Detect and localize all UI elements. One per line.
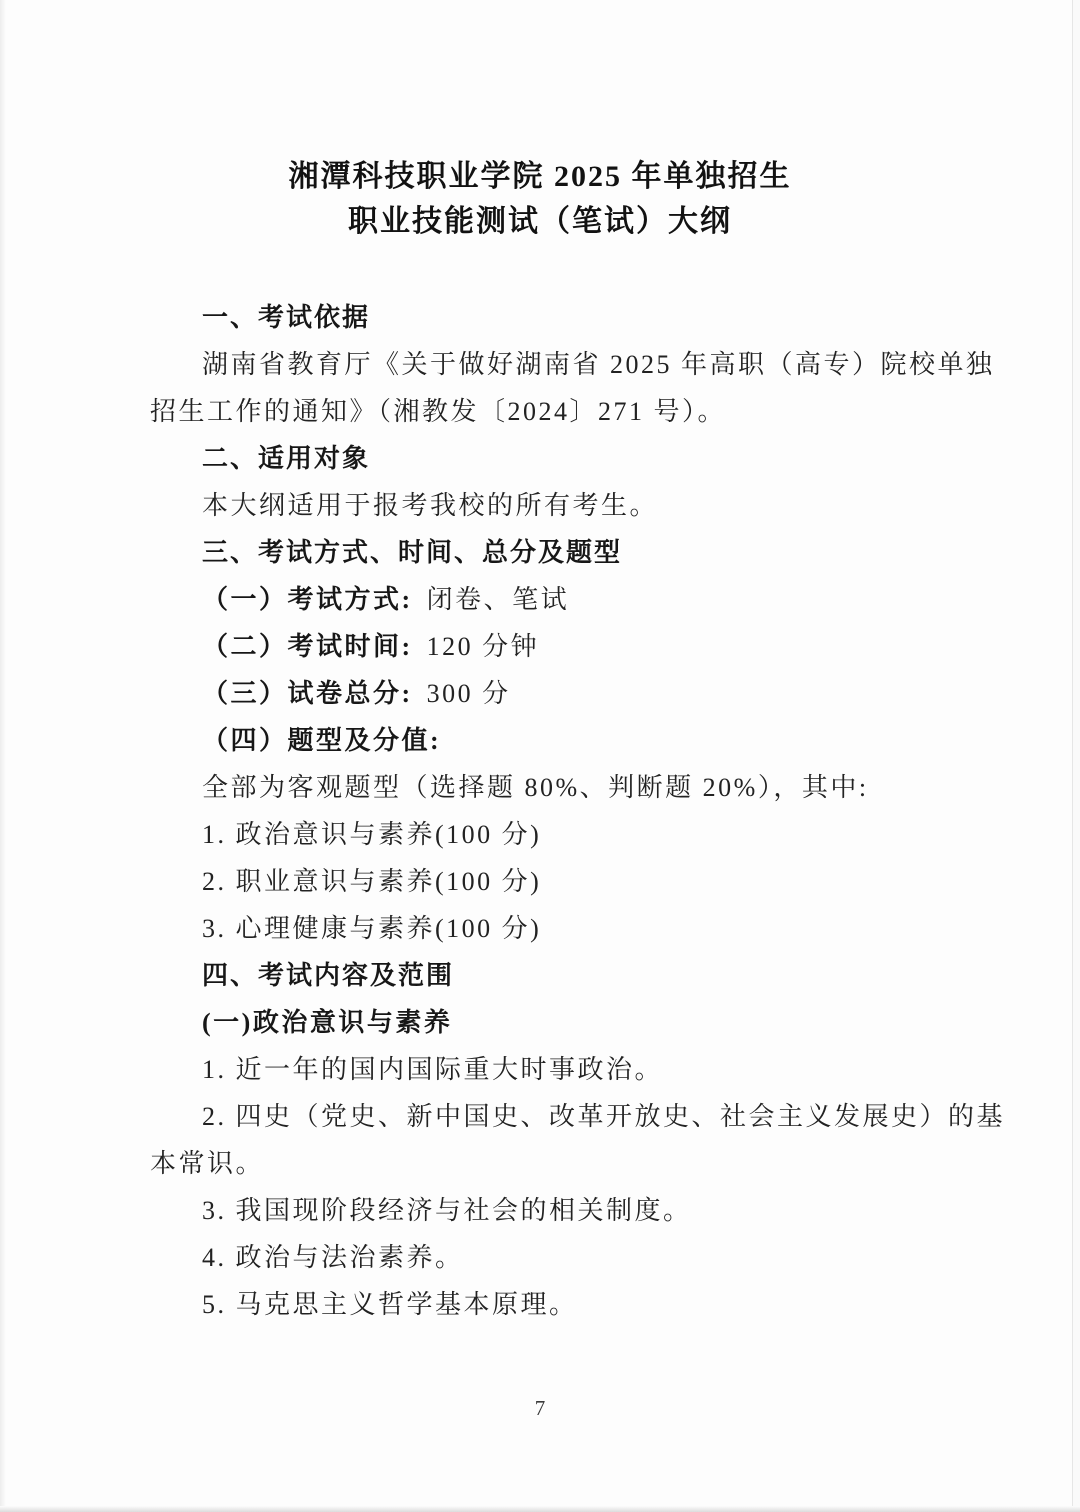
item-exam-method: （一）考试方式:闭卷、笔试 [150, 576, 990, 623]
page-number: 7 [0, 1394, 1080, 1422]
item-exam-method-label: （一）考试方式: [202, 585, 413, 614]
page-edge-bottom [0, 1506, 1080, 1512]
item-exam-method-value: 闭卷、笔试 [427, 585, 570, 614]
item-question-types-label: （四）题型及分值: [202, 726, 441, 755]
score-list-item-1: 1. 政治意识与素养(100 分) [150, 811, 990, 858]
document-title-line-1: 湘潭科技职业学院 2025 年单独招生 [0, 154, 1080, 199]
document-body: 一、考试依据 湖南省教育厅《关于做好湖南省 2025 年高职（高专）院校单独 招… [150, 294, 990, 1328]
scope-list-item-2-line-2: 本常识。 [150, 1140, 990, 1187]
item-exam-duration-value: 120 分钟 [427, 632, 540, 661]
heading-applicable-targets: 二、适用对象 [150, 435, 990, 482]
paragraph-question-types: 全部为客观题型（选择题 80%、判断题 20%），其中: [150, 764, 990, 811]
scope-list-item-3: 3. 我国现阶段经济与社会的相关制度。 [150, 1187, 990, 1234]
item-total-score-value: 300 分 [427, 679, 511, 708]
paragraph-exam-basis-line-1: 湖南省教育厅《关于做好湖南省 2025 年高职（高专）院校单独 [150, 341, 990, 388]
heading-exam-scope: 四、考试内容及范围 [150, 952, 990, 999]
document-title-line-2: 职业技能测试（笔试）大纲 [0, 199, 1080, 244]
item-exam-duration: （二）考试时间:120 分钟 [150, 623, 990, 670]
document-title: 湘潭科技职业学院 2025 年单独招生 职业技能测试（笔试）大纲 [0, 154, 1080, 244]
item-total-score: （三）试卷总分:300 分 [150, 670, 990, 717]
paragraph-applicable-targets: 本大纲适用于报考我校的所有考生。 [150, 482, 990, 529]
item-question-types: （四）题型及分值: [150, 717, 990, 764]
scope-list-item-5: 5. 马克思主义哲学基本原理。 [150, 1281, 990, 1328]
heading-exam-format: 三、考试方式、时间、总分及题型 [150, 529, 990, 576]
item-exam-duration-label: （二）考试时间: [202, 632, 413, 661]
document-page: 湘潭科技职业学院 2025 年单独招生 职业技能测试（笔试）大纲 一、考试依据 … [0, 0, 1080, 1512]
heading-exam-basis: 一、考试依据 [150, 294, 990, 341]
scope-list-item-2-line-1: 2. 四史（党史、新中国史、改革开放史、社会主义发展史）的基 [150, 1093, 990, 1140]
score-list-item-2: 2. 职业意识与素养(100 分) [150, 858, 990, 905]
scope-list-item-4: 4. 政治与法治素养。 [150, 1234, 990, 1281]
item-total-score-label: （三）试卷总分: [202, 679, 413, 708]
subheading-political-awareness: (一)政治意识与素养 [150, 999, 990, 1046]
scope-list-item-1: 1. 近一年的国内国际重大时事政治。 [150, 1046, 990, 1093]
paragraph-exam-basis-line-2: 招生工作的通知》（湘教发〔2024〕271 号）。 [150, 388, 990, 435]
score-list-item-3: 3. 心理健康与素养(100 分) [150, 905, 990, 952]
